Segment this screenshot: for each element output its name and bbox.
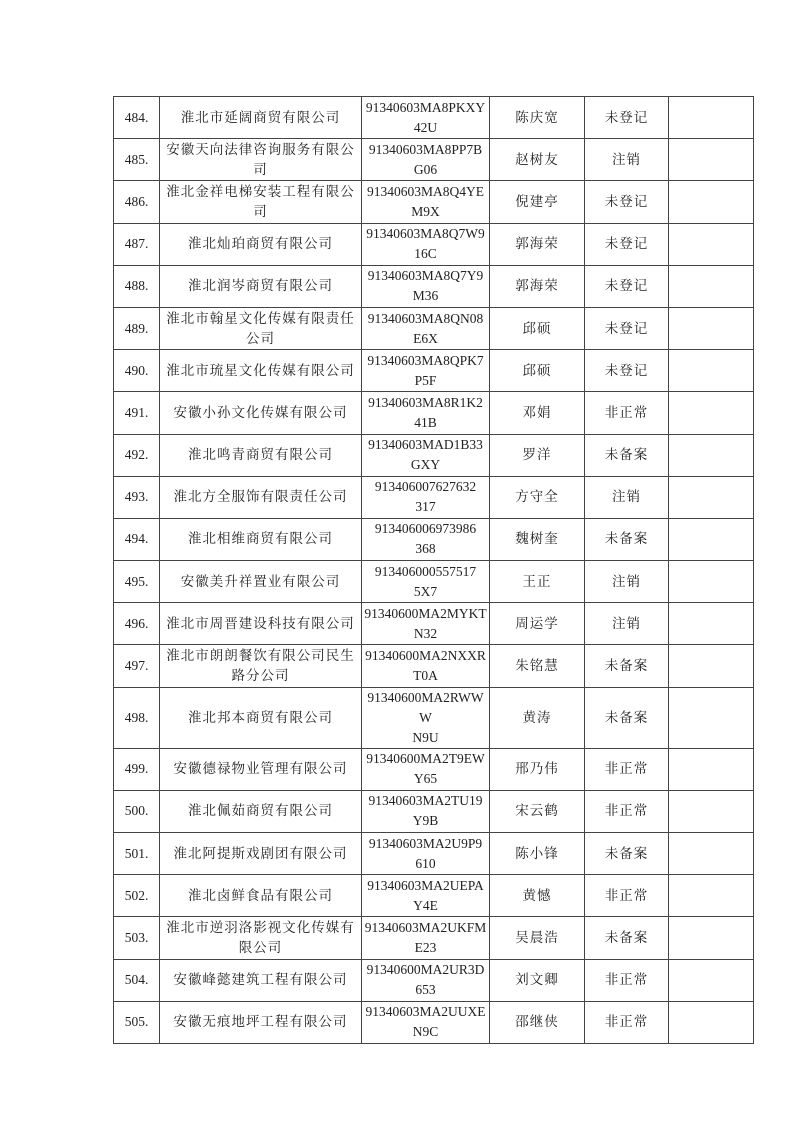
credit-code-line-1: 913406007627632	[362, 477, 489, 497]
row-number: 503.	[114, 917, 160, 959]
note-cell	[669, 350, 754, 392]
legal-representative: 刘文卿	[490, 959, 585, 1001]
credit-code-line-1: 91340603MA8QPK7	[362, 351, 489, 371]
table-row: 503.淮北市逆羽洛影视文化传媒有限公司91340603MA2UKFME23吴晨…	[114, 917, 754, 959]
table-row: 491.安徽小孙文化传媒有限公司91340603MA8R1K241B邓娟非正常	[114, 392, 754, 434]
legal-representative: 朱铭慧	[490, 645, 585, 687]
credit-code-line-2: 41B	[362, 413, 489, 433]
table-row: 489.淮北市翰星文化传媒有限责任公司91340603MA8QN08E6X邱硕未…	[114, 307, 754, 349]
company-name: 淮北方全服饰有限责任公司	[160, 476, 362, 518]
note-cell	[669, 434, 754, 476]
credit-code-line-2: 317	[362, 497, 489, 517]
status-cell: 未登记	[585, 97, 669, 139]
status-cell: 注销	[585, 561, 669, 603]
status-cell: 未登记	[585, 223, 669, 265]
credit-code-line-2: E23	[362, 938, 489, 958]
note-cell	[669, 139, 754, 181]
row-number: 485.	[114, 139, 160, 181]
credit-code-line-2: E6X	[362, 329, 489, 349]
credit-code: 91340603MA2UUXEN9C	[362, 1001, 490, 1043]
row-number: 499.	[114, 748, 160, 790]
row-number: 501.	[114, 833, 160, 875]
table-row: 494.淮北相维商贸有限公司913406006973986368魏树奎未备案	[114, 518, 754, 560]
note-cell	[669, 917, 754, 959]
credit-code-line-1: 91340603MA2UUXE	[362, 1002, 489, 1022]
credit-code-line-1: 91340603MA8QN08	[362, 309, 489, 329]
credit-code-line-1: 91340603MA8Q7W9	[362, 224, 489, 244]
legal-representative: 黄涛	[490, 687, 585, 748]
table-row: 484.淮北市延阔商贸有限公司91340603MA8PKXY42U陈庆宽未登记	[114, 97, 754, 139]
company-name: 淮北市琉星文化传媒有限公司	[160, 350, 362, 392]
credit-code-line-1: 91340603MA8Q7Y9	[362, 266, 489, 286]
credit-code-line-1: 91340603MAD1B33	[362, 435, 489, 455]
credit-code: 91340603MA8PP7BG06	[362, 139, 490, 181]
credit-code: 91340603MA2U9P9610	[362, 833, 490, 875]
credit-code-line-2: 368	[362, 539, 489, 559]
company-name: 淮北市翰星文化传媒有限责任公司	[160, 307, 362, 349]
legal-representative: 王正	[490, 561, 585, 603]
status-cell: 未备案	[585, 687, 669, 748]
status-cell: 未备案	[585, 518, 669, 560]
note-cell	[669, 1001, 754, 1043]
credit-code-line-2: P5F	[362, 371, 489, 391]
enterprise-table: 484.淮北市延阔商贸有限公司91340603MA8PKXY42U陈庆宽未登记4…	[113, 96, 754, 1044]
company-name: 安徽天向法律咨询服务有限公司	[160, 139, 362, 181]
row-number: 505.	[114, 1001, 160, 1043]
company-name: 淮北润岑商贸有限公司	[160, 265, 362, 307]
company-name: 安徽无痕地坪工程有限公司	[160, 1001, 362, 1043]
note-cell	[669, 392, 754, 434]
company-name: 淮北市逆羽洛影视文化传媒有限公司	[160, 917, 362, 959]
legal-representative: 陈小锋	[490, 833, 585, 875]
legal-representative: 陈庆宽	[490, 97, 585, 139]
credit-code-line-1: 91340603MA8PP7B	[362, 140, 489, 160]
credit-code: 913406007627632317	[362, 476, 490, 518]
credit-code-line-1: 91340603MA2U9P9	[362, 834, 489, 854]
status-cell: 未登记	[585, 265, 669, 307]
company-name: 淮北佩茹商贸有限公司	[160, 790, 362, 832]
credit-code: 913406006973986368	[362, 518, 490, 560]
table-row: 493.淮北方全服饰有限责任公司913406007627632317方守全注销	[114, 476, 754, 518]
credit-code-line-2: N9C	[362, 1022, 489, 1042]
credit-code-line-1: 91340600MA2UR3D	[362, 960, 489, 980]
status-cell: 注销	[585, 603, 669, 645]
status-cell: 未备案	[585, 833, 669, 875]
company-name: 淮北阿提斯戏剧团有限公司	[160, 833, 362, 875]
row-number: 492.	[114, 434, 160, 476]
row-number: 504.	[114, 959, 160, 1001]
note-cell	[669, 476, 754, 518]
credit-code-line-2: M9X	[362, 202, 489, 222]
note-cell	[669, 790, 754, 832]
credit-code: 91340603MA8PKXY42U	[362, 97, 490, 139]
table-row: 502.淮北卤鲜食品有限公司91340603MA2UEPAY4E黄憾非正常	[114, 875, 754, 917]
note-cell	[669, 833, 754, 875]
company-name: 淮北鸣青商贸有限公司	[160, 434, 362, 476]
credit-code-line-1: 91340600MA2RWWW	[362, 688, 489, 728]
company-name: 淮北市周晋建设科技有限公司	[160, 603, 362, 645]
credit-code-line-1: 91340600MA2T9EW	[362, 749, 489, 769]
note-cell	[669, 875, 754, 917]
row-number: 486.	[114, 181, 160, 223]
table-row: 490.淮北市琉星文化传媒有限公司91340603MA8QPK7P5F邱硕未登记	[114, 350, 754, 392]
credit-code: 9134060005575175X7	[362, 561, 490, 603]
company-name: 安徽小孙文化传媒有限公司	[160, 392, 362, 434]
status-cell: 未备案	[585, 645, 669, 687]
row-number: 491.	[114, 392, 160, 434]
note-cell	[669, 645, 754, 687]
credit-code: 91340603MA8QN08E6X	[362, 307, 490, 349]
row-number: 500.	[114, 790, 160, 832]
legal-representative: 方守全	[490, 476, 585, 518]
note-cell	[669, 687, 754, 748]
status-cell: 注销	[585, 476, 669, 518]
status-cell: 非正常	[585, 1001, 669, 1043]
credit-code-line-1: 91340600MA2MYKT	[362, 604, 489, 624]
note-cell	[669, 307, 754, 349]
status-cell: 未登记	[585, 350, 669, 392]
row-number: 495.	[114, 561, 160, 603]
credit-code-line-1: 91340603MA8PKXY	[362, 98, 489, 118]
status-cell: 非正常	[585, 875, 669, 917]
status-cell: 未登记	[585, 181, 669, 223]
company-name: 淮北市延阔商贸有限公司	[160, 97, 362, 139]
note-cell	[669, 181, 754, 223]
table-row: 505.安徽无痕地坪工程有限公司91340603MA2UUXEN9C邵继侠非正常	[114, 1001, 754, 1043]
legal-representative: 倪建亭	[490, 181, 585, 223]
row-number: 498.	[114, 687, 160, 748]
credit-code-line-1: 91340603MA8R1K2	[362, 393, 489, 413]
note-cell	[669, 518, 754, 560]
legal-representative: 郭海荣	[490, 223, 585, 265]
status-cell: 非正常	[585, 959, 669, 1001]
status-cell: 注销	[585, 139, 669, 181]
credit-code-line-1: 91340603MA8Q4YE	[362, 182, 489, 202]
credit-code-line-2: T0A	[362, 666, 489, 686]
credit-code-line-1: 913406000557517	[362, 562, 489, 582]
credit-code: 91340603MA8Q4YEM9X	[362, 181, 490, 223]
note-cell	[669, 265, 754, 307]
row-number: 497.	[114, 645, 160, 687]
status-cell: 非正常	[585, 748, 669, 790]
legal-representative: 邱硕	[490, 350, 585, 392]
table-row: 500.淮北佩茹商贸有限公司91340603MA2TU19Y9B宋云鹤非正常	[114, 790, 754, 832]
table-row: 492.淮北鸣青商贸有限公司91340603MAD1B33GXY罗洋未备案	[114, 434, 754, 476]
table-row: 487.淮北灿珀商贸有限公司91340603MA8Q7W916C郭海荣未登记	[114, 223, 754, 265]
credit-code: 91340600MA2RWWWN9U	[362, 687, 490, 748]
row-number: 493.	[114, 476, 160, 518]
credit-code: 91340600MA2MYKTN32	[362, 603, 490, 645]
table-row: 504.安徽峰懿建筑工程有限公司91340600MA2UR3D653刘文卿非正常	[114, 959, 754, 1001]
status-cell: 未备案	[585, 917, 669, 959]
legal-representative: 邓娟	[490, 392, 585, 434]
company-name: 淮北灿珀商贸有限公司	[160, 223, 362, 265]
table-row: 496.淮北市周晋建设科技有限公司91340600MA2MYKTN32周运学注销	[114, 603, 754, 645]
legal-representative: 邵继侠	[490, 1001, 585, 1043]
credit-code: 91340600MA2UR3D653	[362, 959, 490, 1001]
note-cell	[669, 748, 754, 790]
legal-representative: 赵树友	[490, 139, 585, 181]
company-name: 淮北邦本商贸有限公司	[160, 687, 362, 748]
credit-code-line-2: 610	[362, 854, 489, 874]
credit-code-line-2: G06	[362, 160, 489, 180]
status-cell: 非正常	[585, 790, 669, 832]
row-number: 494.	[114, 518, 160, 560]
credit-code-line-2: GXY	[362, 455, 489, 475]
legal-representative: 邱硕	[490, 307, 585, 349]
credit-code-line-2: 16C	[362, 244, 489, 264]
credit-code-line-2: Y9B	[362, 811, 489, 831]
legal-representative: 魏树奎	[490, 518, 585, 560]
credit-code: 91340603MA8Q7Y9M36	[362, 265, 490, 307]
company-name: 淮北市朗朗餐饮有限公司民生路分公司	[160, 645, 362, 687]
company-name: 安徽峰懿建筑工程有限公司	[160, 959, 362, 1001]
row-number: 496.	[114, 603, 160, 645]
note-cell	[669, 603, 754, 645]
table-row: 499.安徽德禄物业管理有限公司91340600MA2T9EWY65邢乃伟非正常	[114, 748, 754, 790]
credit-code-line-1: 91340603MA2UEPA	[362, 876, 489, 896]
status-cell: 未登记	[585, 307, 669, 349]
company-name: 淮北金祥电梯安装工程有限公司	[160, 181, 362, 223]
credit-code: 91340603MAD1B33GXY	[362, 434, 490, 476]
credit-code-line-2: Y4E	[362, 896, 489, 916]
note-cell	[669, 97, 754, 139]
legal-representative: 吴晨浩	[490, 917, 585, 959]
credit-code: 91340603MA8QPK7P5F	[362, 350, 490, 392]
credit-code: 91340603MA8Q7W916C	[362, 223, 490, 265]
status-cell: 非正常	[585, 392, 669, 434]
credit-code-line-2: 653	[362, 980, 489, 1000]
row-number: 484.	[114, 97, 160, 139]
table-row: 497.淮北市朗朗餐饮有限公司民生路分公司91340600MA2NXXRT0A朱…	[114, 645, 754, 687]
legal-representative: 罗洋	[490, 434, 585, 476]
table-row: 485.安徽天向法律咨询服务有限公司91340603MA8PP7BG06赵树友注…	[114, 139, 754, 181]
row-number: 490.	[114, 350, 160, 392]
company-name: 淮北卤鲜食品有限公司	[160, 875, 362, 917]
credit-code-line-1: 91340600MA2NXXR	[362, 646, 489, 666]
row-number: 489.	[114, 307, 160, 349]
note-cell	[669, 959, 754, 1001]
credit-code: 91340600MA2NXXRT0A	[362, 645, 490, 687]
credit-code: 91340600MA2T9EWY65	[362, 748, 490, 790]
credit-code-line-1: 913406006973986	[362, 519, 489, 539]
company-name: 安徽德禄物业管理有限公司	[160, 748, 362, 790]
credit-code-line-2: 42U	[362, 118, 489, 138]
row-number: 502.	[114, 875, 160, 917]
credit-code-line-2: 5X7	[362, 582, 489, 602]
table-row: 486.淮北金祥电梯安装工程有限公司91340603MA8Q4YEM9X倪建亭未…	[114, 181, 754, 223]
table-row: 501.淮北阿提斯戏剧团有限公司91340603MA2U9P9610陈小锋未备案	[114, 833, 754, 875]
status-cell: 未备案	[585, 434, 669, 476]
credit-code-line-2: N32	[362, 624, 489, 644]
legal-representative: 周运学	[490, 603, 585, 645]
table-row: 495.安徽美升祥置业有限公司9134060005575175X7王正注销	[114, 561, 754, 603]
note-cell	[669, 223, 754, 265]
credit-code-line-2: Y65	[362, 769, 489, 789]
note-cell	[669, 561, 754, 603]
row-number: 488.	[114, 265, 160, 307]
credit-code-line-1: 91340603MA2UKFM	[362, 918, 489, 938]
credit-code: 91340603MA2UKFME23	[362, 917, 490, 959]
legal-representative: 宋云鹤	[490, 790, 585, 832]
credit-code-line-2: M36	[362, 286, 489, 306]
legal-representative: 黄憾	[490, 875, 585, 917]
credit-code: 91340603MA2TU19Y9B	[362, 790, 490, 832]
legal-representative: 郭海荣	[490, 265, 585, 307]
legal-representative: 邢乃伟	[490, 748, 585, 790]
table-row: 488.淮北润岑商贸有限公司91340603MA8Q7Y9M36郭海荣未登记	[114, 265, 754, 307]
company-name: 安徽美升祥置业有限公司	[160, 561, 362, 603]
credit-code-line-1: 91340603MA2TU19	[362, 791, 489, 811]
table-body: 484.淮北市延阔商贸有限公司91340603MA8PKXY42U陈庆宽未登记4…	[114, 97, 754, 1044]
company-name: 淮北相维商贸有限公司	[160, 518, 362, 560]
row-number: 487.	[114, 223, 160, 265]
credit-code: 91340603MA8R1K241B	[362, 392, 490, 434]
credit-code: 91340603MA2UEPAY4E	[362, 875, 490, 917]
table-row: 498.淮北邦本商贸有限公司91340600MA2RWWWN9U黄涛未备案	[114, 687, 754, 748]
credit-code-line-2: N9U	[362, 728, 489, 748]
document-page: 484.淮北市延阔商贸有限公司91340603MA8PKXY42U陈庆宽未登记4…	[0, 0, 793, 1122]
